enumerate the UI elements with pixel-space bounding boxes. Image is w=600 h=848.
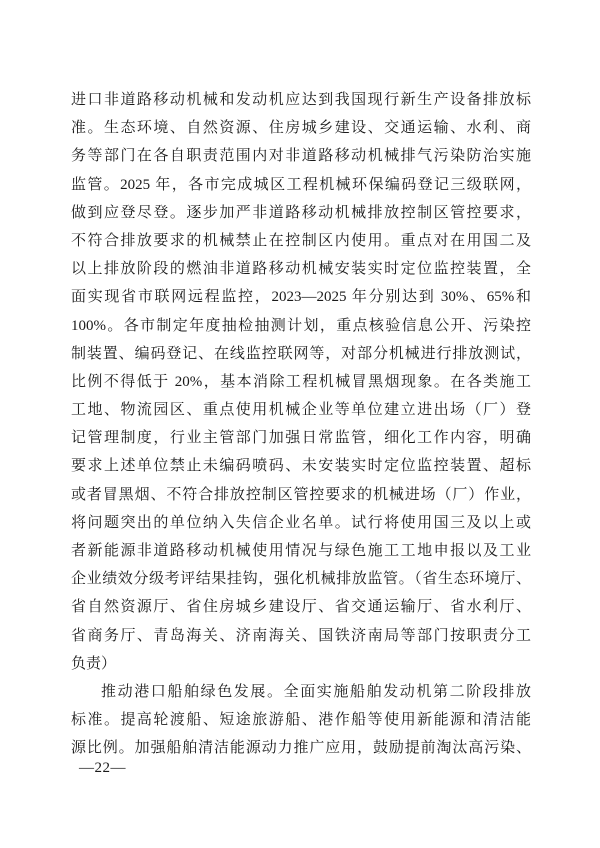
text-line: 源比例。加强船舶清洁能源动力推广应用，鼓励提前淘汰高污染、 — [71, 734, 531, 762]
document-page: 进口非道路移动机械和发动机应达到我国现行新生产设备排放标 准。生态环境、自然资源… — [0, 0, 600, 848]
text-line: 面实现省市联网远程监控，2023—2025 年分别达到 30%、65%和 — [71, 283, 531, 311]
text-line: 将问题突出的单位纳入失信企业名单。试行将使用国三及以上或 — [71, 509, 531, 537]
text-line: 或者冒黑烟、不符合排放控制区管控要求的机械进场（厂）作业， — [71, 481, 531, 509]
text-line-paragraph-end: 负责） — [71, 650, 531, 678]
text-line: 制装置、编码登记、在线监控联网等，对部分机械进行排放测试， — [71, 340, 531, 368]
text-line: 工地、物流园区、重点使用机械企业等单位建立进出场（厂）登 — [71, 396, 531, 424]
text-line: 企业绩效分级考评结果挂钩，强化机械排放监管。（省生态环境厅、 — [71, 565, 531, 593]
text-line: 者新能源非道路移动机械使用情况与绿色施工工地申报以及工业 — [71, 537, 531, 565]
text-line: 监管。2025 年，各市完成城区工程机械环保编码登记三级联网， — [71, 171, 531, 199]
text-line: 不符合排放要求的机械禁止在控制区内使用。重点对在用国二及 — [71, 227, 531, 255]
page-number: —22— — [79, 760, 126, 777]
text-line: 省自然资源厅、省住房城乡建设厅、省交通运输厅、省水利厅、 — [71, 593, 531, 621]
text-line: 务等部门在各自职责范围内对非道路移动机械排气污染防治实施 — [71, 142, 531, 170]
text-line: 比例不得低于 20%，基本消除工程机械冒黑烟现象。在各类施工 — [71, 368, 531, 396]
text-line: 做到应登尽登。逐步加严非道路移动机械排放控制区管控要求， — [71, 199, 531, 227]
text-line: 进口非道路移动机械和发动机应达到我国现行新生产设备排放标 — [71, 86, 531, 114]
text-line: 准。生态环境、自然资源、住房城乡建设、交通运输、水利、商 — [71, 114, 531, 142]
text-line-paragraph-start: 推动港口船舶绿色发展。全面实施船舶发动机第二阶段排放 — [71, 678, 531, 706]
text-line: 标准。提高轮渡船、短途旅游船、港作船等使用新能源和清洁能 — [71, 706, 531, 734]
text-line: 以上排放阶段的燃油非道路移动机械安装实时定位监控装置，全 — [71, 255, 531, 283]
document-body: 进口非道路移动机械和发动机应达到我国现行新生产设备排放标 准。生态环境、自然资源… — [71, 86, 531, 763]
text-line: 记管理制度，行业主管部门加强日常监管，细化工作内容，明确 — [71, 424, 531, 452]
text-line: 100%。各市制定年度抽检抽测计划，重点核验信息公开、污染控 — [71, 312, 531, 340]
text-line: 要求上述单位禁止未编码喷码、未安装实时定位监控装置、超标 — [71, 452, 531, 480]
text-line: 省商务厅、青岛海关、济南海关、国铁济南局等部门按职责分工 — [71, 622, 531, 650]
